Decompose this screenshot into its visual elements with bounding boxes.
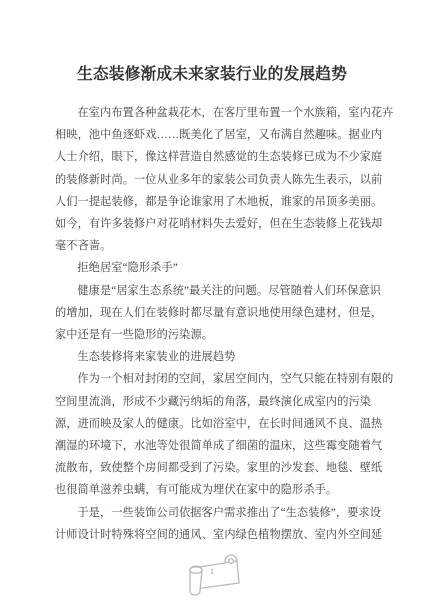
body-line: 空间里流淌，形成不少藏污纳垢的角落，最终演化成室内的污染 [55, 391, 374, 413]
body-line: 源，进而映及家人的健康。比如浴室中，在长时间通风不良、温热 [55, 413, 374, 435]
body-line: 相映，池中鱼逐虾戏……既美化了居室，又布满自然趣味。据业内 [55, 124, 374, 146]
body-line: 流散布，致使整个房间都受到了污染。家里的沙发套、地毯、壁纸 [55, 457, 374, 479]
body-line: 计师设计时特殊将空间的通风、室内绿色植物摆放、室内外空间延 [55, 524, 374, 546]
body-line: 的增加，现在人们在装修时都尽量有意识地使用绿色建材，但是， [55, 302, 374, 324]
body-line: 生态装修将来家装业的进展趋势 [55, 346, 374, 368]
body-line: 人士介绍，眼下，像这样营造自然感觉的生态装修已成为不少家庭 [55, 146, 374, 168]
body-line: 的装修新时尚。一位从业多年的家装公司负责人陈先生表示，以前 [55, 169, 374, 191]
body-line: 毫不吝啬。 [55, 235, 374, 257]
body-line: 潮湿的环境下，水池等处很简单成了细菌的温床，这些霉变随着气 [55, 435, 374, 457]
page-number-scroll-icon: 1 [180, 549, 248, 599]
body-line: 作为一个相对封闭的空间，家居空间内，空气只能在特别有限的 [55, 368, 374, 390]
body-line: 人们一提起装修，都是争论谁家用了木地板，谁家的吊顶多美丽。 [55, 191, 374, 213]
document-page: 生态装修渐成未来家装行业的发展趋势 在室内布置各种盆栽花木，在客厅里布置一个水族… [0, 0, 424, 600]
body-line: 拒绝居室“隐形杀手” [55, 257, 374, 279]
body-line: 也很简单滋养虫螨，有可能成为埋伏在家中的隐形杀手。 [55, 479, 374, 501]
page-number: 1 [180, 567, 244, 576]
document-title: 生态装修渐成未来家装行业的发展趋势 [0, 64, 424, 86]
body-line: 家中还是有一些隐形的污染源。 [55, 324, 374, 346]
body-line: 在室内布置各种盆栽花木，在客厅里布置一个水族箱，室内花卉 [55, 102, 374, 124]
body-line: 于是，一些装饰公司依据客户需求推出了“生态装修”，要求设 [55, 502, 374, 524]
document-body: 在室内布置各种盆栽花木，在客厅里布置一个水族箱，室内花卉相映，池中鱼逐虾戏……既… [55, 102, 374, 546]
body-line: 健康是“居家生态系统”最关注的问题。尽管随着人们环保意识 [55, 280, 374, 302]
body-line: 如今，有许多装修户对花哨材料失去爱好，但在生态装修上花钱却 [55, 213, 374, 235]
